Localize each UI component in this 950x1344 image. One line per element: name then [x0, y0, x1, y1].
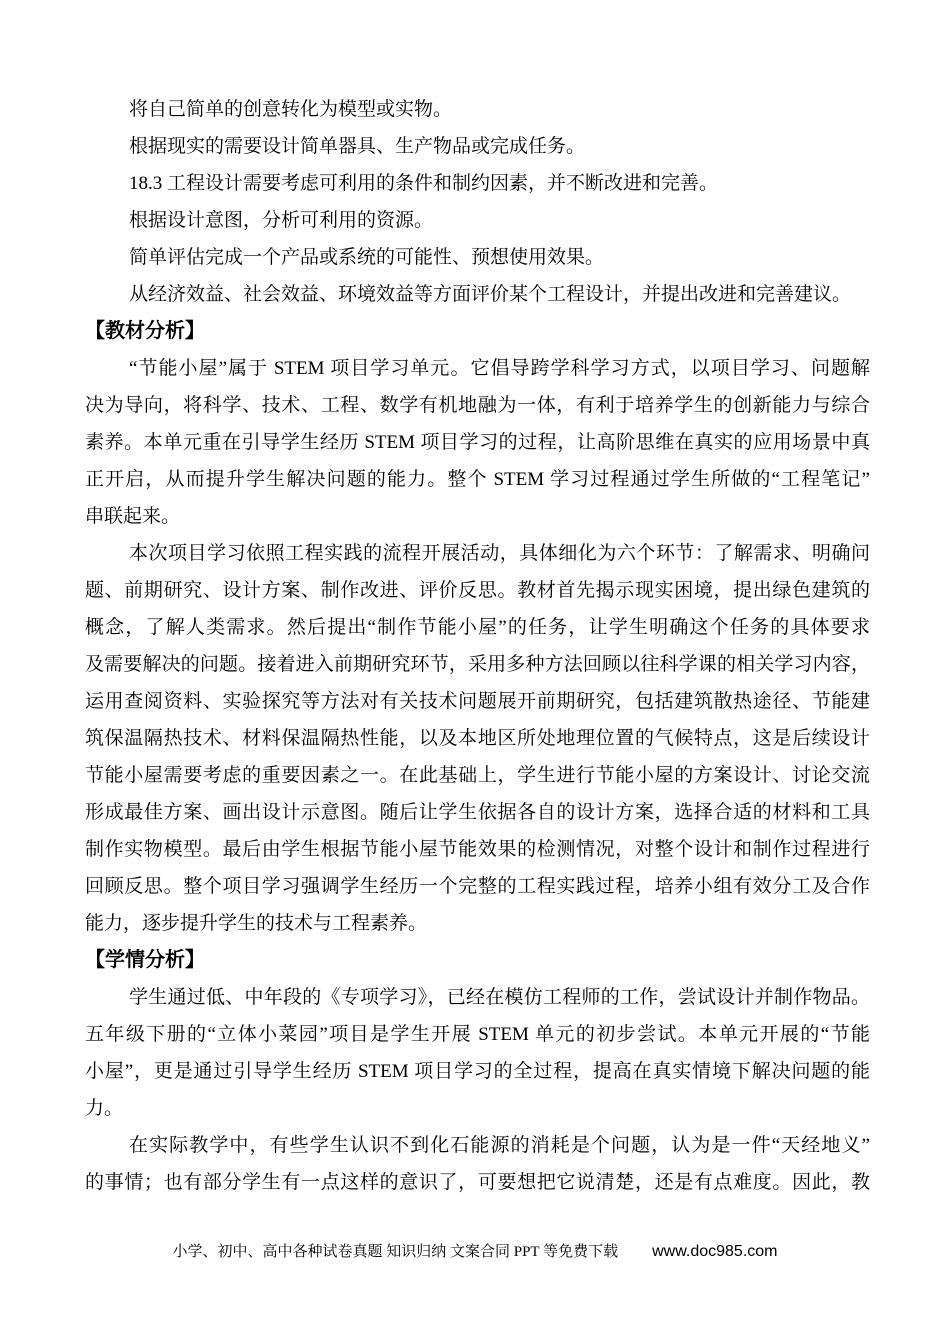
- text-line: 正开启，从而提升学生解决问题的能力。整个 STEM 学习过程通过学生所做的“工程…: [85, 461, 870, 498]
- text-line: 根据现实的需要设计简单器具、生产物品或完成任务。: [85, 128, 870, 165]
- document-body: 将自己简单的创意转化为模型或实物。根据现实的需要设计简单器具、生产物品或完成任务…: [85, 91, 870, 1201]
- text-line: 简单评估完成一个产品或系统的可能性、预想使用效果。: [85, 239, 870, 276]
- text-line: 题、前期研究、设计方案、制作改进、评价反思。教材首先揭示现实困境，提出绿色建筑的: [85, 572, 870, 609]
- section-heading: 【教材分析】: [85, 313, 870, 350]
- text-line: 及需要解决的问题。接着进入前期研究环节，采用多种方法回顾以往科学课的相关学习内容…: [85, 646, 870, 683]
- text-line: 决为导向，将科学、技术、工程、数学有机地融为一体，有利于培养学生的创新能力与综合: [85, 387, 870, 424]
- text-line: 18.3 工程设计需要考虑可利用的条件和制约因素，并不断改进和完善。: [85, 165, 870, 202]
- text-line: 概念，了解人类需求。然后提出“制作节能小屋”的任务，让学生明确这个任务的具体要求: [85, 609, 870, 646]
- text-line: 形成最佳方案、画出设计示意图。随后让学生依据各自的设计方案，选择合适的材料和工具: [85, 794, 870, 831]
- text-line: 筑保温隔热技术、材料保温隔热性能，以及本地区所处地理位置的气候特点，这是后续设计: [85, 720, 870, 757]
- text-line: 的事情；也有部分学生有一点这样的意识了，可要想把它说清楚，还是有点难度。因此，教: [85, 1164, 870, 1201]
- text-line: 本次项目学习依照工程实践的流程开展活动，具体细化为六个环节：了解需求、明确问: [85, 535, 870, 572]
- text-line: 将自己简单的创意转化为模型或实物。: [85, 91, 870, 128]
- text-line: “节能小屋”属于 STEM 项目学习单元。它倡导跨学科学习方式，以项目学习、问题…: [85, 350, 870, 387]
- text-line: 能力，逐步提升学生的技术与工程素养。: [85, 905, 870, 942]
- footer-url: www.doc985.com: [652, 1243, 777, 1260]
- text-line: 根据设计意图，分析可利用的资源。: [85, 202, 870, 239]
- text-line: 制作实物模型。最后由学生根据节能小屋节能效果的检测情况，对整个设计和制作过程进行: [85, 831, 870, 868]
- text-line: 学生通过低、中年段的《专项学习》，已经在模仿工程师的工作，尝试设计并制作物品。: [85, 979, 870, 1016]
- text-line: 回顾反思。整个项目学习强调学生经历一个完整的工程实践过程，培养小组有效分工及合作: [85, 868, 870, 905]
- page-footer: 小学、初中、高中各种试卷真题 知识归纳 文案合同 PPT 等免费下载www.do…: [0, 1240, 950, 1261]
- footer-text: 小学、初中、高中各种试卷真题 知识归纳 文案合同 PPT 等免费下载: [173, 1244, 619, 1260]
- text-line: 小屋”，更是通过引导学生经历 STEM 项目学习的全过程，提高在真实情境下解决问…: [85, 1053, 870, 1090]
- section-heading: 【学情分析】: [85, 942, 870, 979]
- text-line: 节能小屋需要考虑的重要因素之一。在此基础上，学生进行节能小屋的方案设计、讨论交流: [85, 757, 870, 794]
- document-page: 将自己简单的创意转化为模型或实物。根据现实的需要设计简单器具、生产物品或完成任务…: [0, 0, 950, 1344]
- text-line: 运用查阅资料、实验探究等方法对有关技术问题展开前期研究，包括建筑散热途径、节能建: [85, 683, 870, 720]
- text-line: 五年级下册的“立体小菜园”项目是学生开展 STEM 单元的初步尝试。本单元开展的…: [85, 1016, 870, 1053]
- text-line: 在实际教学中，有些学生认识不到化石能源的消耗是个问题，认为是一件“天经地义”: [85, 1127, 870, 1164]
- text-line: 从经济效益、社会效益、环境效益等方面评价某个工程设计，并提出改进和完善建议。: [85, 276, 870, 313]
- text-line: 力。: [85, 1090, 870, 1127]
- text-line: 串联起来。: [85, 498, 870, 535]
- text-line: 素养。本单元重在引导学生经历 STEM 项目学习的过程，让高阶思维在真实的应用场…: [85, 424, 870, 461]
